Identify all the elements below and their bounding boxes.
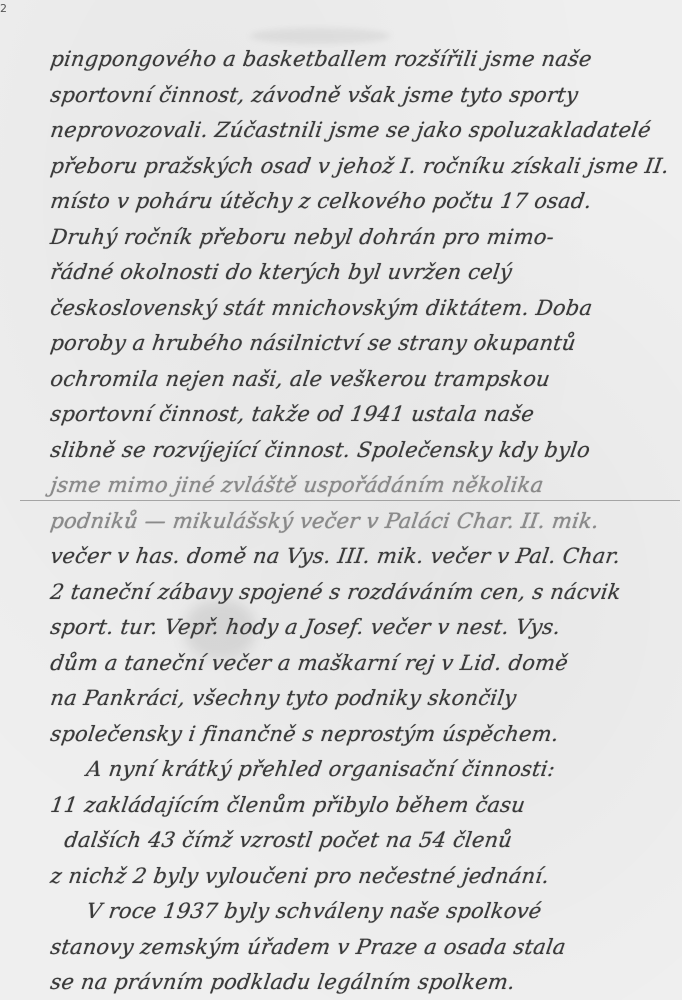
text-line: společensky i finančně s neprostým úspěc… <box>48 717 682 753</box>
text-line: přeboru pražských osad v jehož I. ročník… <box>48 149 682 185</box>
text-line: 2 taneční zábavy spojené s rozdáváním ce… <box>48 575 682 611</box>
text-line: sport. tur. Vepř. hody a Josef. večer v … <box>48 610 682 646</box>
text-line: poroby a hrubého násilnictví se strany o… <box>48 326 682 362</box>
text-line: sportovní činnost, závodně však jsme tyt… <box>48 78 682 114</box>
text-line: večer v has. domě na Vys. III. mik. veče… <box>48 539 682 575</box>
text-line: místo v poháru útěchy z celkového počtu … <box>48 184 682 220</box>
text-line: řádné okolnosti do kterých byl uvržen ce… <box>48 255 682 291</box>
text-line: dalších 43 čímž vzrostl počet na 54 člen… <box>48 823 682 859</box>
text-line: dům a taneční večer a maškarní rej v Lid… <box>48 646 682 682</box>
text-line: československý stát mnichovským diktátem… <box>48 291 682 327</box>
text-line: na Pankráci, všechny tyto podniky skonči… <box>48 681 682 717</box>
text-line: stanovy zemským úřadem v Praze a osada s… <box>48 930 682 966</box>
text-line: jsme mimo jiné zvláště uspořádáním někol… <box>48 468 682 504</box>
text-line: 11 zakládajícím členům přibylo během čas… <box>48 788 682 824</box>
text-line: podniků — mikulášský večer v Paláci Char… <box>48 504 682 540</box>
text-line: Druhý ročník přeboru nebyl dohrán pro mi… <box>48 220 682 256</box>
text-line: z nichž 2 byly vyloučeni pro nečestné je… <box>48 859 682 895</box>
text-line: A nyní krátký přehled organisační činnos… <box>48 752 682 788</box>
text-line: ochromila nejen naši, ale veškerou tramp… <box>48 362 682 398</box>
text-line: se na právním podkladu legálním spolkem. <box>48 965 682 1000</box>
handwritten-text: pingpongového a basketballem rozšířili j… <box>48 42 678 1000</box>
document-page: 2 pingpongového a basketballem rozšířili… <box>0 0 682 1000</box>
page-number: 2 <box>0 2 7 15</box>
text-line: pingpongového a basketballem rozšířili j… <box>48 42 682 78</box>
text-line: V roce 1937 byly schváleny naše spolkové <box>48 894 682 930</box>
text-line: slibně se rozvíjející činnost. Společens… <box>48 433 682 469</box>
text-line: sportovní činnost, takže od 1941 ustala … <box>48 397 682 433</box>
text-line: neprovozovali. Zúčastnili jsme se jako s… <box>48 113 682 149</box>
